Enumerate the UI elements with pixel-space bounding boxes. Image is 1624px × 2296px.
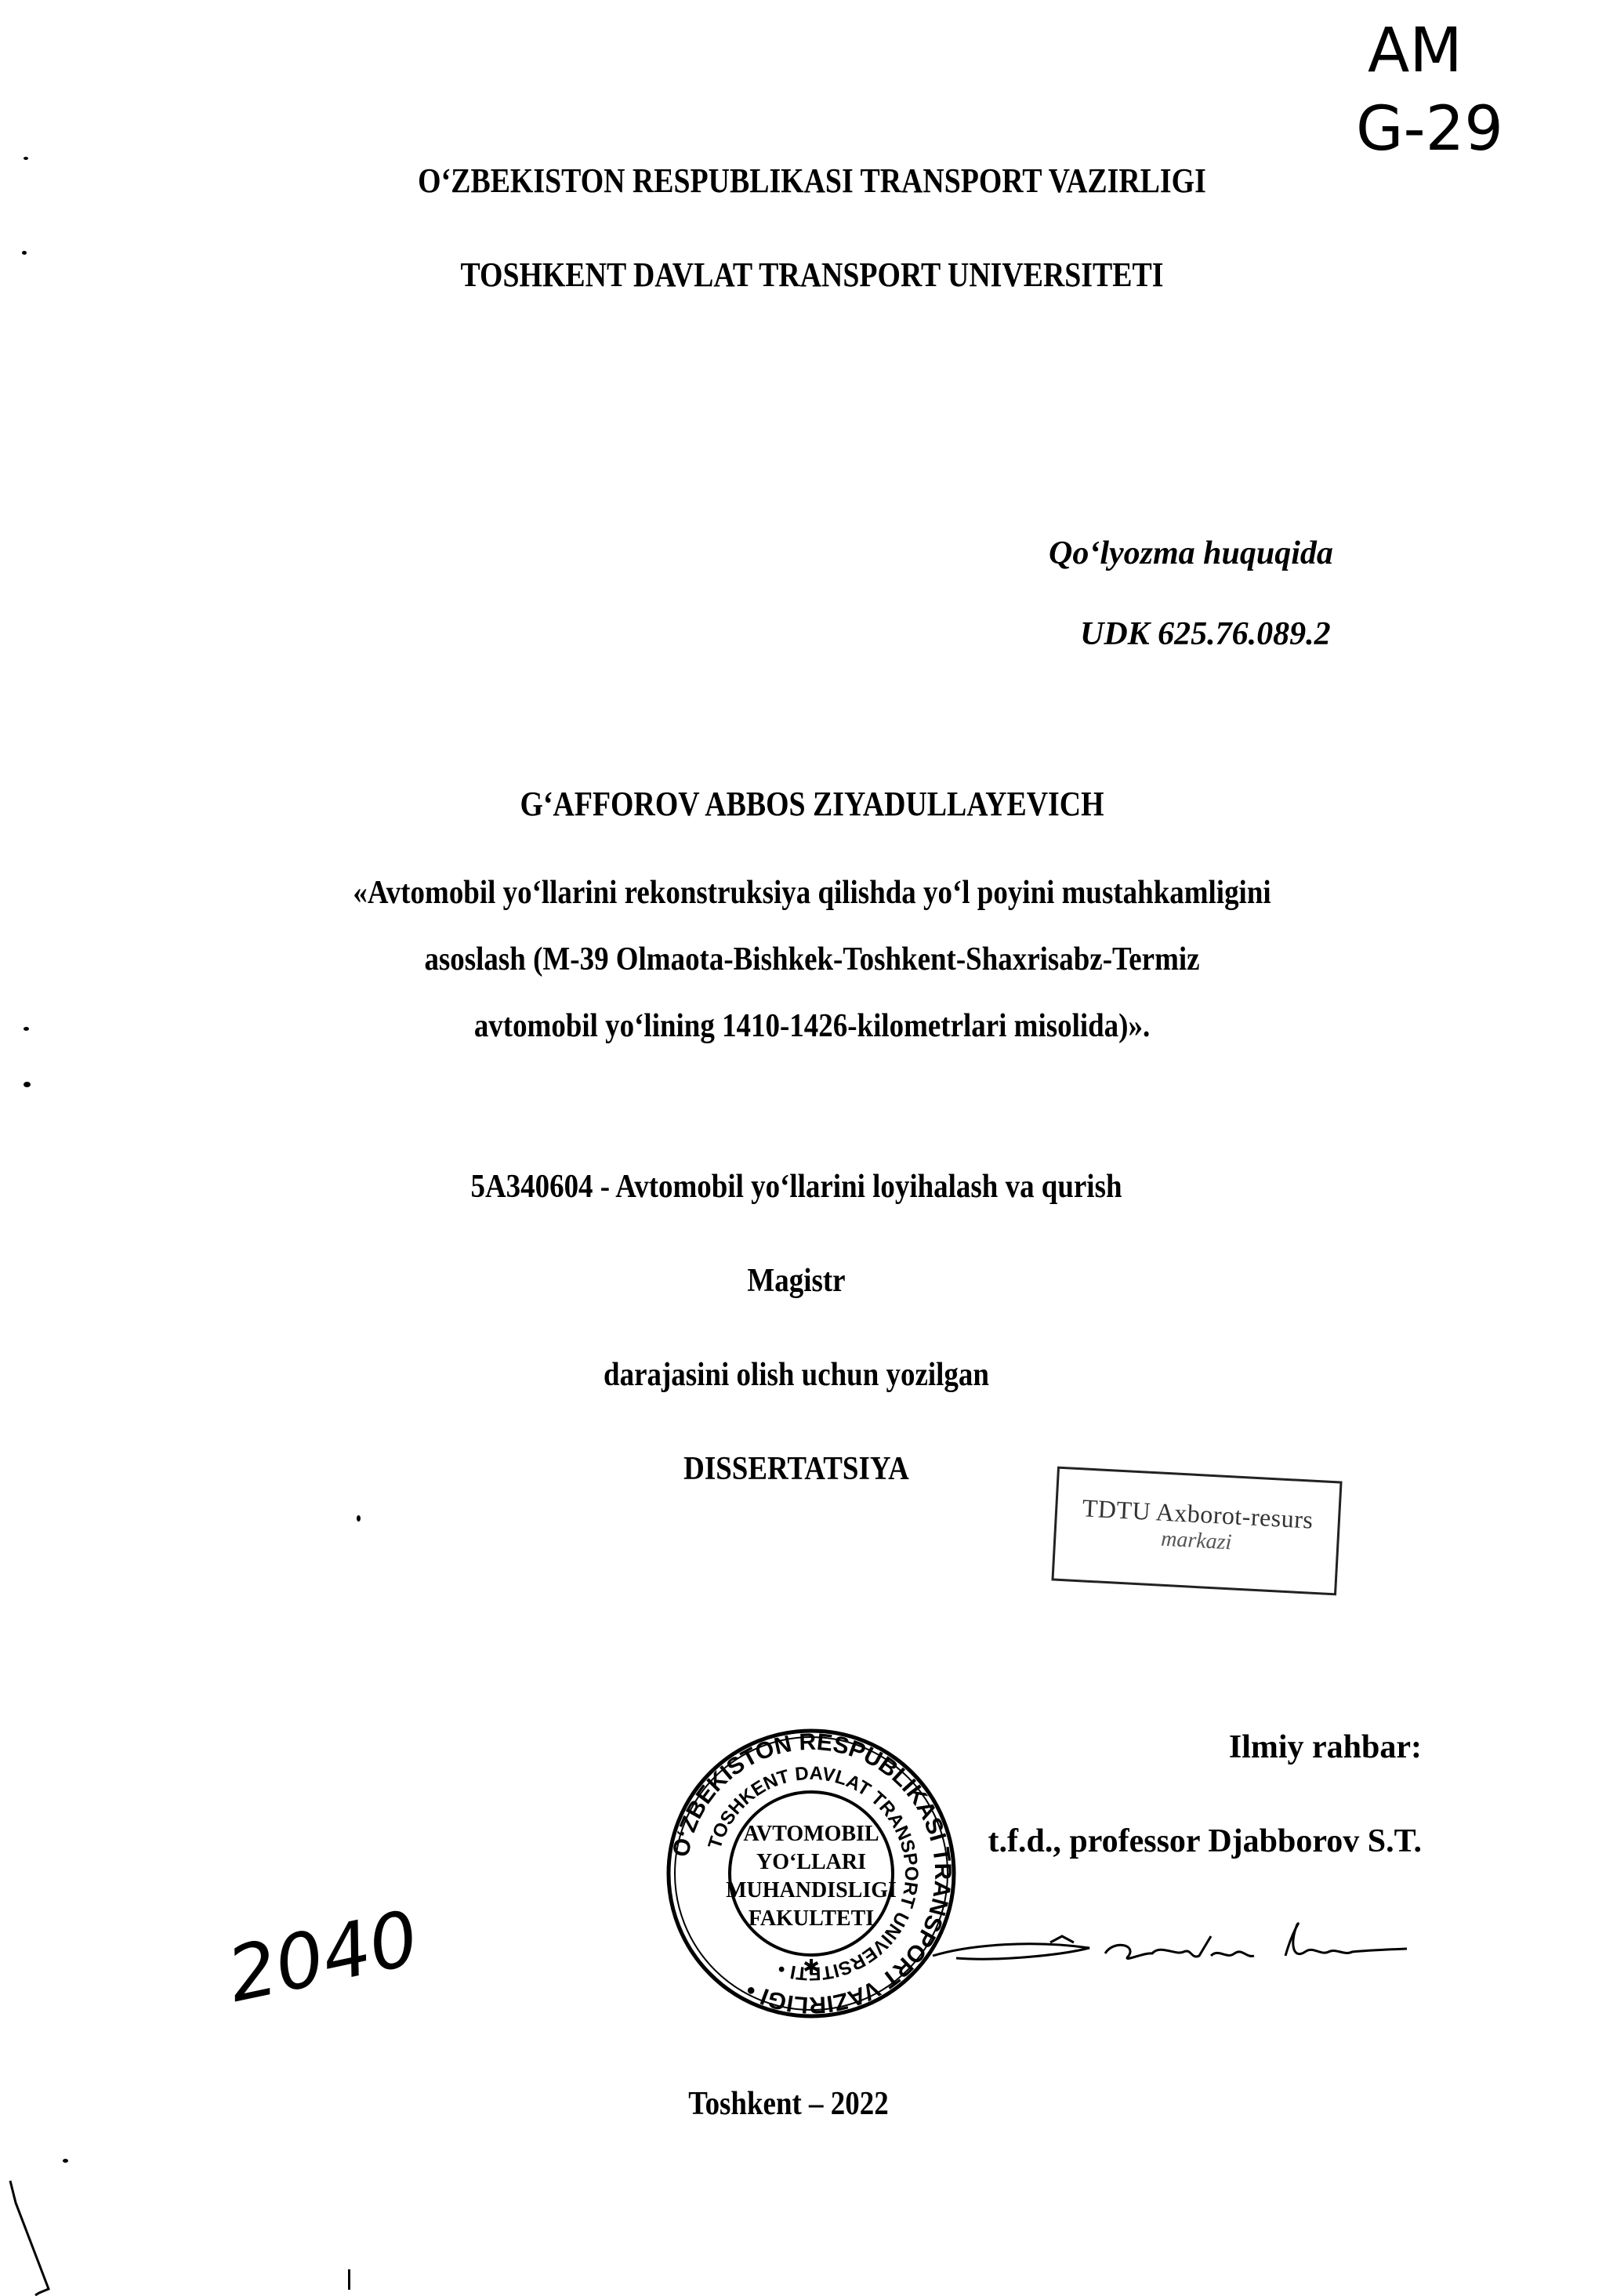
scan-edge-line: [0, 2171, 63, 2296]
thesis-title-line-2: asoslash (M-39 Olmaota-Bishkek-Toshkent-…: [97, 941, 1526, 978]
scan-speck: [63, 2159, 68, 2163]
author-name: G‘AFFOROV ABBOS ZIYADULLAYEVICH: [114, 784, 1510, 824]
handwritten-number: 2040: [220, 1894, 426, 2019]
degree-purpose: darajasini olish uchun yozilgan: [82, 1356, 1510, 1394]
faculty-seal: O‘ZBEKISTON RESPUBLIKASI TRANSPORT VAZIR…: [662, 1725, 960, 2022]
scan-edge-mark: [348, 2269, 350, 2290]
manuscript-rights-label: Qo‘lyozma huquqida: [1049, 535, 1333, 572]
handwritten-code-line1: AM: [1368, 16, 1463, 86]
university-heading: TOSHKENT DAVLAT TRANSPORT UNIVERSITETI: [114, 255, 1510, 295]
seal-center-line-2: YO‘LLARI: [756, 1850, 866, 1874]
seal-center-line-3: MUHANDISLIGI: [726, 1878, 897, 1902]
scan-speck: [22, 251, 27, 255]
ministry-heading: O‘ZBEKISTON RESPUBLIKASI TRANSPORT VAZIR…: [114, 161, 1510, 201]
seal-star-icon: ✱: [803, 1956, 820, 1979]
seal-center-line-4: FAKULTETI: [749, 1906, 874, 1931]
library-stamp: TDTU Axborot-resurs markazi: [1051, 1467, 1342, 1596]
signature: [925, 1913, 1426, 1975]
thesis-title-line-1: «Avtomobil yo‘llarini rekonstruksiya qil…: [97, 874, 1526, 912]
handwritten-code-line2: G-29: [1356, 94, 1503, 165]
scan-speck: [24, 157, 28, 160]
specialty: 5A340604 - Avtomobil yo‘llarini loyihala…: [82, 1168, 1510, 1206]
place-and-year: Toshkent – 2022: [74, 2085, 1503, 2123]
supervisor-name: t.f.d., professor Djabborov S.T.: [988, 1823, 1422, 1860]
supervisor-label: Ilmiy rahbar:: [1229, 1728, 1422, 1766]
degree: Magistr: [82, 1262, 1510, 1300]
thesis-title-line-3: avtomobil yo‘lining 1410-1426-kilometrla…: [97, 1007, 1526, 1045]
scan-speck: [24, 1027, 29, 1031]
seal-center-line-1: AVTOMOBIL: [743, 1822, 879, 1846]
scan-speck: [24, 1082, 31, 1087]
scan-speck: [357, 1515, 361, 1522]
udk-code: UDK 625.76.089.2: [1080, 615, 1331, 653]
